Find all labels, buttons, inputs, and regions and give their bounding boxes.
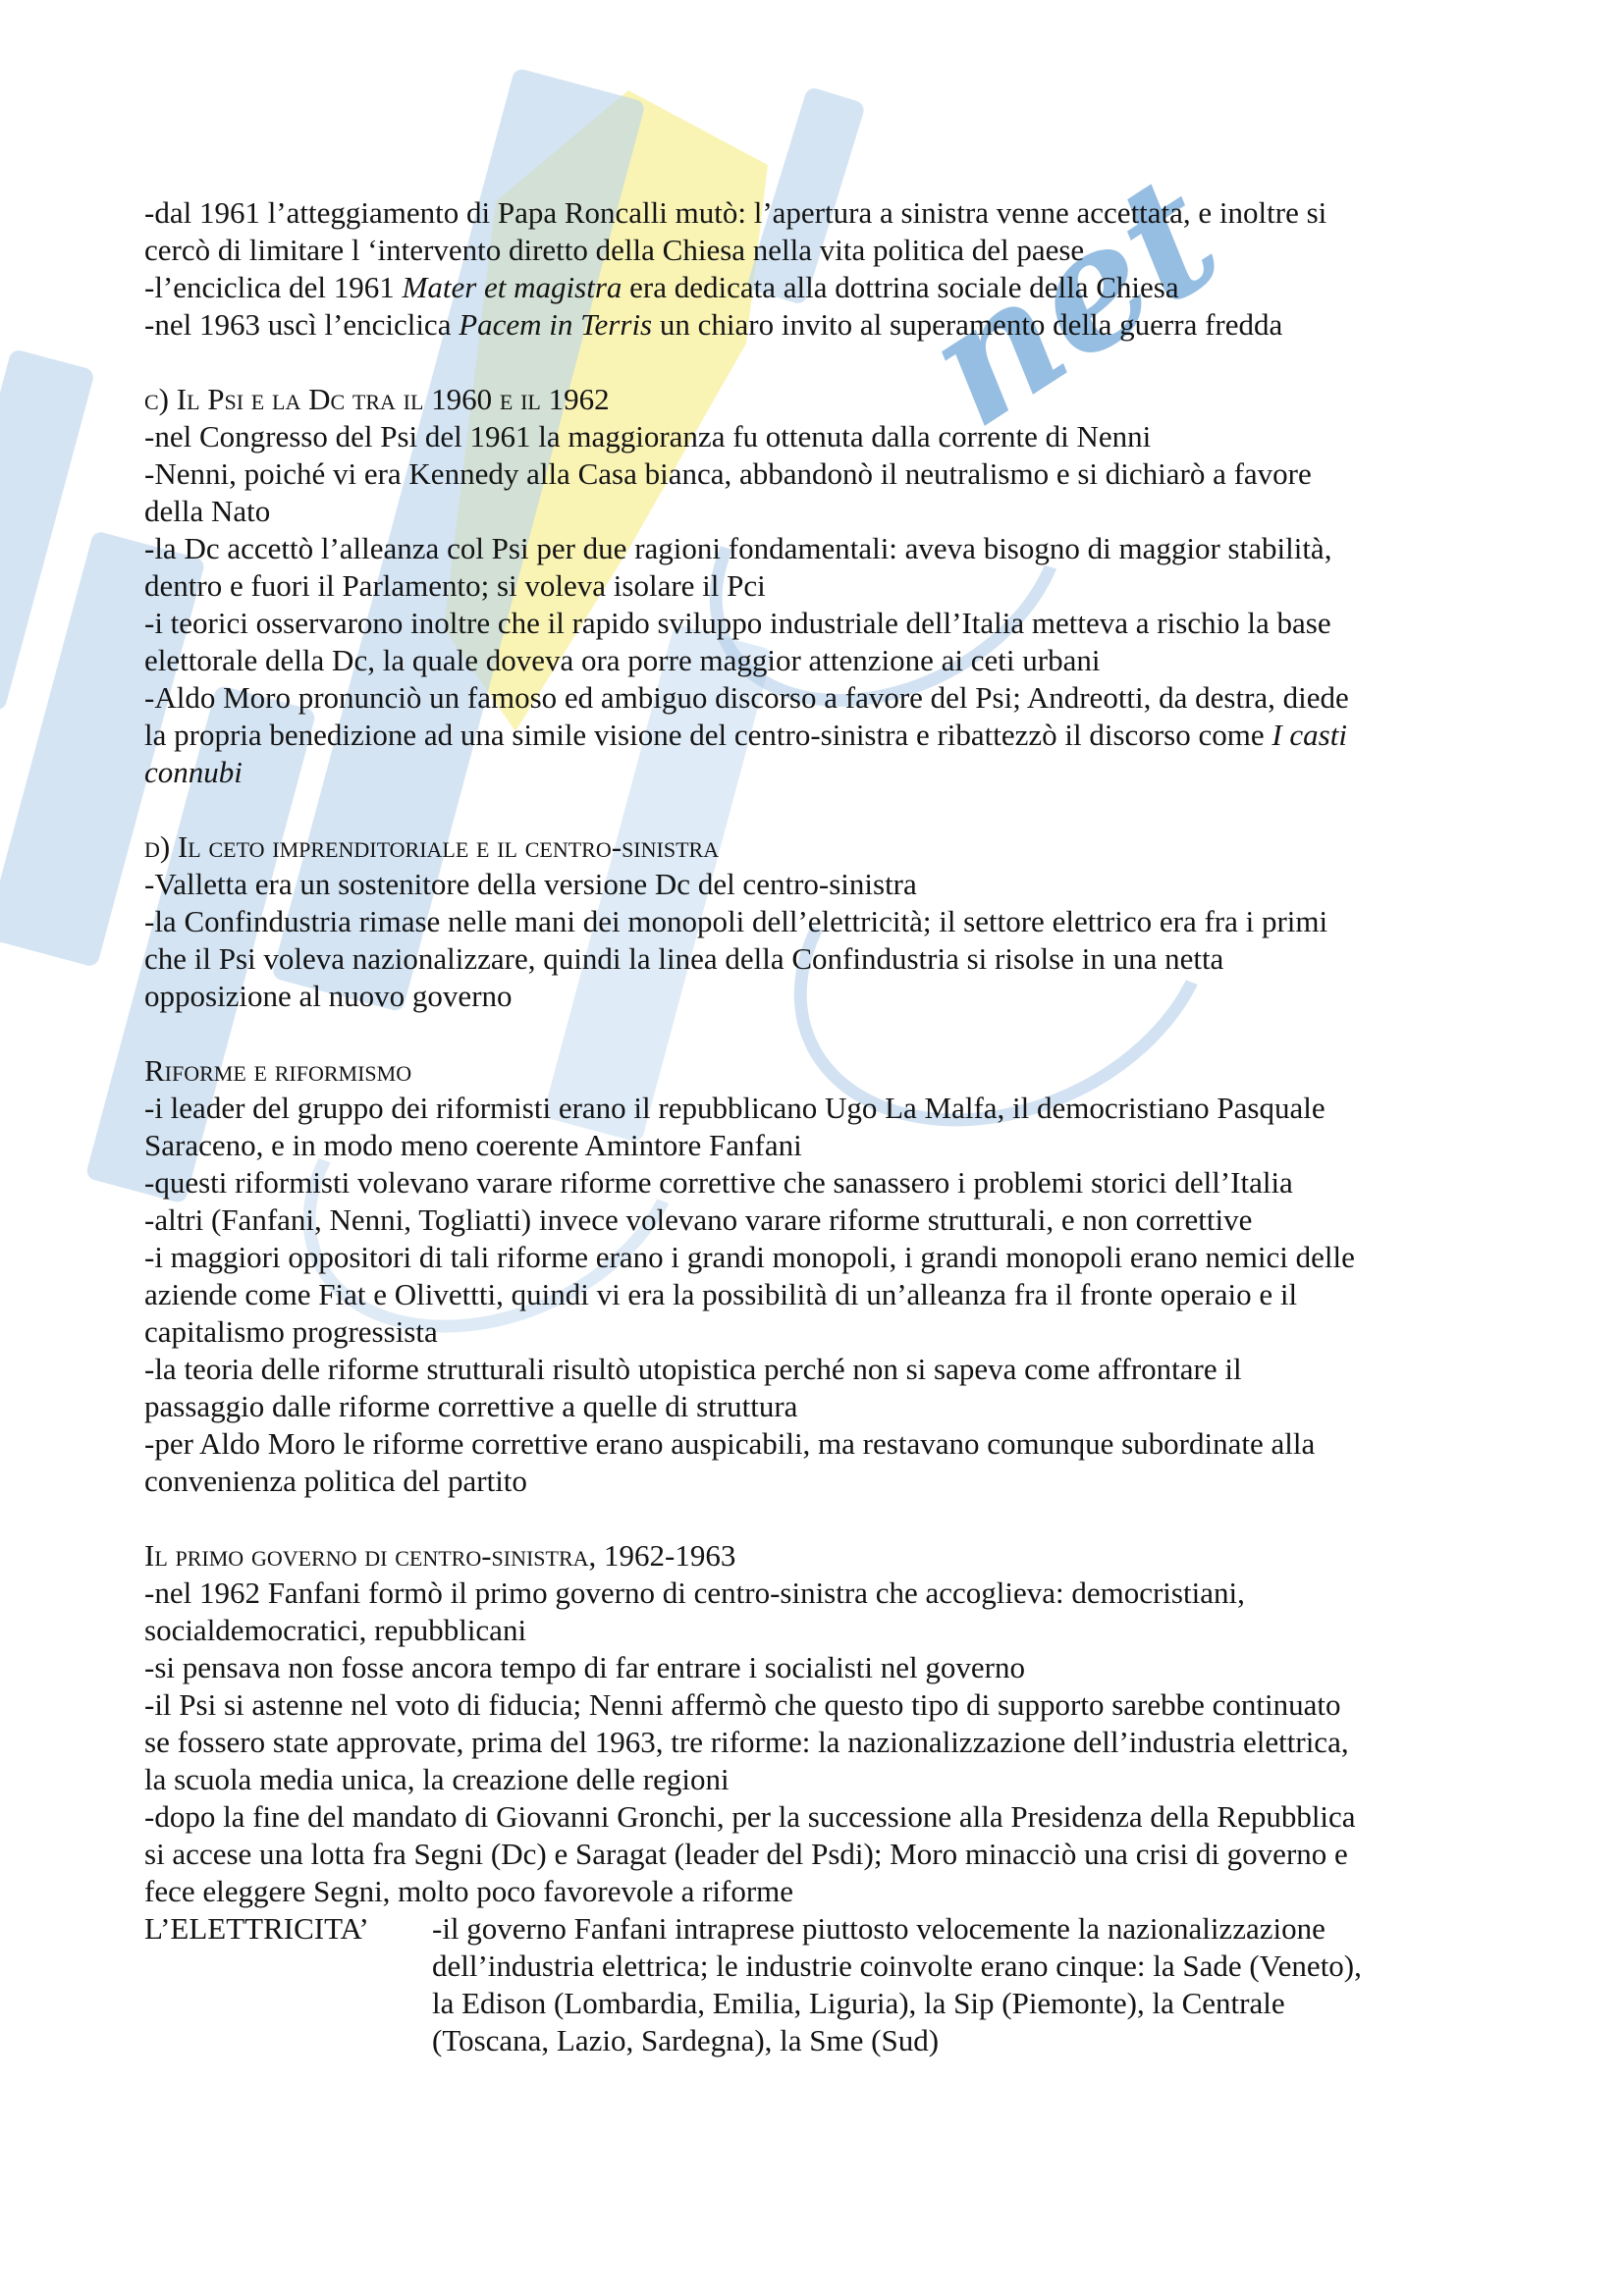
text-line: -l’enciclica del 1961 Mater et magistra … <box>144 269 1535 306</box>
text-line: convenienza politica del partito <box>144 1463 1535 1500</box>
hanging-label: L’ELETTRICITA’ <box>144 1910 432 1948</box>
text-line: se fossero state approvate, prima del 19… <box>144 1724 1535 1761</box>
text-segment: connubi <box>144 755 243 789</box>
text-line: -i maggiori oppositori di tali riforme e… <box>144 1239 1535 1276</box>
text-line: della Nato <box>144 493 1535 530</box>
document-page: net -dal 1961 l’atteggiamento di Papa Ro… <box>0 0 1623 2296</box>
text-line: -il Psi si astenne nel voto di fiducia; … <box>144 1686 1535 1724</box>
text-segment: (Toscana, Lazio, Sardegna), la Sme (Sud) <box>432 2023 939 2057</box>
text-segment: -la Confindustria rimase nelle mani dei … <box>144 904 1327 938</box>
text-line: -nel 1962 Fanfani formò il primo governo… <box>144 1575 1535 1612</box>
text-segment: della Nato <box>144 494 270 528</box>
text-line: socialdemocratici, repubblicani <box>144 1612 1535 1649</box>
text-line: -per Aldo Moro le riforme correttive era… <box>144 1425 1535 1463</box>
text-segment: elettorale della Dc, la quale doveva ora… <box>144 643 1100 677</box>
text-segment: passaggio dalle riforme correttive a que… <box>144 1389 797 1423</box>
text-segment: se fossero state approvate, prima del 19… <box>144 1725 1349 1759</box>
text-segment: -altri (Fanfani, Nenni, Togliatti) invec… <box>144 1202 1252 1237</box>
text-line: -nel 1963 uscì l’enciclica Pacem in Terr… <box>144 306 1535 344</box>
text-line: elettorale della Dc, la quale doveva ora… <box>144 642 1535 679</box>
text-segment: -dal 1961 l’atteggiamento di Papa Roncal… <box>144 195 1326 230</box>
text-line: connubi <box>144 754 1535 791</box>
text-segment: -Aldo Moro pronunciò un famoso ed ambigu… <box>144 680 1349 715</box>
document-text: -dal 1961 l’atteggiamento di Papa Roncal… <box>144 194 1535 2059</box>
text-segment: -i leader del gruppo dei riformisti eran… <box>144 1091 1325 1125</box>
text-segment: dentro e fuori il Parlamento; si voleva … <box>144 568 766 603</box>
text-segment: -Valletta era un sostenitore della versi… <box>144 867 917 901</box>
text-line: la Edison (Lombardia, Emilia, Liguria), … <box>144 1985 1535 2022</box>
text-segment: -questi riformisti volevano varare rifor… <box>144 1165 1293 1200</box>
text-segment: Il primo governo di centro-sinistra, 196… <box>144 1538 735 1573</box>
text-segment: che il Psi voleva nazionalizzare, quindi… <box>144 941 1223 976</box>
text-segment: -i teorici osservarono inoltre che il ra… <box>144 606 1331 640</box>
text-segment: opposizione al nuovo governo <box>144 979 513 1013</box>
text-line: dentro e fuori il Parlamento; si voleva … <box>144 567 1535 605</box>
text-segment: dell’industria elettrica; le industrie c… <box>432 1949 1362 1983</box>
text-segment: convenienza politica del partito <box>144 1464 527 1498</box>
text-segment: d) Il ceto imprenditoriale e il centro-s… <box>144 829 719 864</box>
text-segment: Saraceno, e in modo meno coerente Aminto… <box>144 1128 802 1162</box>
text-segment: capitalismo progressista <box>144 1314 438 1349</box>
blank-line <box>144 791 1535 828</box>
text-line: -la Dc accettò l’alleanza col Psi per du… <box>144 530 1535 567</box>
text-line: dell’industria elettrica; le industrie c… <box>144 1948 1535 1985</box>
text-segment: la propria benedizione ad una simile vis… <box>144 718 1271 752</box>
text-segment: fece eleggere Segni, molto poco favorevo… <box>144 1874 793 1908</box>
text-line: si accese una lotta fra Segni (Dc) e Sar… <box>144 1836 1535 1873</box>
text-segment: cercò di limitare l ‘intervento diretto … <box>144 233 1084 267</box>
section-heading: Il primo governo di centro-sinistra, 196… <box>144 1537 1535 1575</box>
text-line: L’ELETTRICITA’-il governo Fanfani intrap… <box>144 1910 1535 1948</box>
text-line: la scuola media unica, la creazione dell… <box>144 1761 1535 1798</box>
text-segment: Mater et magistra <box>403 270 622 304</box>
blank-line <box>144 1015 1535 1052</box>
text-segment: -Nenni, poiché vi era Kennedy alla Casa … <box>144 456 1312 491</box>
text-segment: -nel 1962 Fanfani formò il primo governo… <box>144 1575 1245 1610</box>
text-line: (Toscana, Lazio, Sardegna), la Sme (Sud) <box>144 2022 1535 2059</box>
text-line: -la Confindustria rimase nelle mani dei … <box>144 903 1535 940</box>
text-line: opposizione al nuovo governo <box>144 978 1535 1015</box>
text-segment: aziende come Fiat e Olivettti, quindi vi… <box>144 1277 1297 1311</box>
text-line: cercò di limitare l ‘intervento diretto … <box>144 232 1535 269</box>
text-segment: era dedicata alla dottrina sociale della… <box>622 270 1178 304</box>
section-heading: d) Il ceto imprenditoriale e il centro-s… <box>144 828 1535 866</box>
text-segment: socialdemocratici, repubblicani <box>144 1613 526 1647</box>
text-segment: -il Psi si astenne nel voto di fiducia; … <box>144 1687 1341 1722</box>
text-line: -Valletta era un sostenitore della versi… <box>144 866 1535 903</box>
blank-line <box>144 1500 1535 1537</box>
text-line: -dopo la fine del mandato di Giovanni Gr… <box>144 1798 1535 1836</box>
text-segment: -nel 1963 uscì l’enciclica <box>144 307 459 342</box>
text-line: -Nenni, poiché vi era Kennedy alla Casa … <box>144 455 1535 493</box>
text-segment: -per Aldo Moro le riforme correttive era… <box>144 1426 1315 1461</box>
text-segment: si accese una lotta fra Segni (Dc) e Sar… <box>144 1837 1348 1871</box>
text-segment: un chiaro invito al superamento della gu… <box>652 307 1282 342</box>
blank-line <box>144 344 1535 381</box>
text-line: aziende come Fiat e Olivettti, quindi vi… <box>144 1276 1535 1313</box>
text-segment: -il governo Fanfani intraprese piuttosto… <box>432 1911 1325 1946</box>
text-segment: -la teoria delle riforme strutturali ris… <box>144 1352 1242 1386</box>
text-segment: la scuola media unica, la creazione dell… <box>144 1762 730 1796</box>
text-segment: c) Il Psi e la Dc tra il 1960 e il 1962 <box>144 382 610 416</box>
section-heading: c) Il Psi e la Dc tra il 1960 e il 1962 <box>144 381 1535 418</box>
text-segment: -la Dc accettò l’alleanza col Psi per du… <box>144 531 1331 565</box>
section-heading: Riforme e riformismo <box>144 1052 1535 1090</box>
text-line: passaggio dalle riforme correttive a que… <box>144 1388 1535 1425</box>
text-segment: la Edison (Lombardia, Emilia, Liguria), … <box>432 1986 1285 2020</box>
text-line: -la teoria delle riforme strutturali ris… <box>144 1351 1535 1388</box>
text-segment: -l’enciclica del 1961 <box>144 270 403 304</box>
text-line: -i teorici osservarono inoltre che il ra… <box>144 605 1535 642</box>
text-segment: -si pensava non fosse ancora tempo di fa… <box>144 1650 1025 1684</box>
text-segment: -nel Congresso del Psi del 1961 la maggi… <box>144 419 1151 454</box>
text-line: -altri (Fanfani, Nenni, Togliatti) invec… <box>144 1201 1535 1239</box>
text-line: Saraceno, e in modo meno coerente Aminto… <box>144 1127 1535 1164</box>
text-line: la propria benedizione ad una simile vis… <box>144 717 1535 754</box>
text-segment: -dopo la fine del mandato di Giovanni Gr… <box>144 1799 1356 1834</box>
text-line: fece eleggere Segni, molto poco favorevo… <box>144 1873 1535 1910</box>
watermark-letter-stroke <box>0 348 95 713</box>
text-line: -Aldo Moro pronunciò un famoso ed ambigu… <box>144 679 1535 717</box>
text-line: -si pensava non fosse ancora tempo di fa… <box>144 1649 1535 1686</box>
text-segment: -i maggiori oppositori di tali riforme e… <box>144 1240 1355 1274</box>
text-line: -i leader del gruppo dei riformisti eran… <box>144 1090 1535 1127</box>
text-line: -nel Congresso del Psi del 1961 la maggi… <box>144 418 1535 455</box>
text-line: capitalismo progressista <box>144 1313 1535 1351</box>
text-line: che il Psi voleva nazionalizzare, quindi… <box>144 940 1535 978</box>
text-line: -questi riformisti volevano varare rifor… <box>144 1164 1535 1201</box>
text-segment: Pacem in Terris <box>459 307 652 342</box>
text-segment: I casti <box>1271 718 1347 752</box>
text-segment: Riforme e riformismo <box>144 1053 411 1088</box>
text-line: -dal 1961 l’atteggiamento di Papa Roncal… <box>144 194 1535 232</box>
